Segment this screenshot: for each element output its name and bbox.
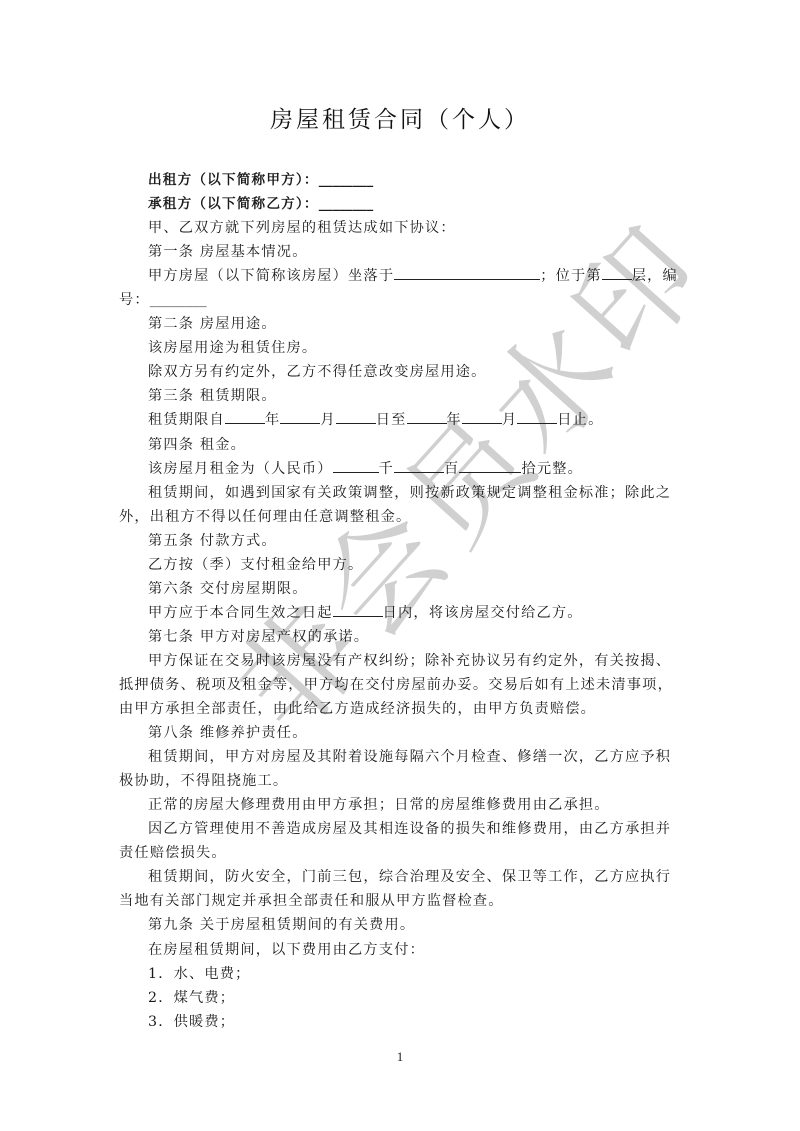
lessee-blank[interactable]: ________ xyxy=(319,192,373,216)
page-number: 1 xyxy=(0,1049,800,1065)
article-7-heading: 第七条 甲方对房屋产权的承诺。 xyxy=(119,625,679,649)
lessor-label: 出租方（以下简称甲方）： xyxy=(148,172,319,188)
article-6-delivery-line: 甲方应于本合同生效之日起日内，将该房屋交付给乙方。 xyxy=(119,601,679,625)
article-4-rent-line: 该房屋月租金为（人民币）千百拾元整。 xyxy=(119,457,679,481)
article-9-item-1: 1．水、电费； xyxy=(119,962,679,986)
article-8-heading: 第八条 维修养护责任。 xyxy=(119,721,679,745)
page-title: 房屋租赁合同（个人） xyxy=(0,101,800,134)
article-7-l2: 抵押债务、税项及租金等，甲方均在交付房屋前办妥。交易后如有上述未清事项， xyxy=(119,673,679,697)
month-label: 月 xyxy=(502,412,517,428)
delivery-days-blank[interactable] xyxy=(333,602,383,617)
end-day-blank[interactable] xyxy=(517,409,557,424)
article-9-item-3: 3．供暖费； xyxy=(119,1010,679,1034)
hundred-label: 百 xyxy=(444,461,459,477)
year-label: 年 xyxy=(447,412,462,428)
article-6-heading: 第六条 交付房屋期限。 xyxy=(119,577,679,601)
end-month-blank[interactable] xyxy=(462,409,502,424)
number-label-end: 号： xyxy=(119,292,150,308)
day-end-label: 日止。 xyxy=(557,412,603,428)
rent-thousand-blank[interactable] xyxy=(333,458,379,473)
document-page: 非会员水印 房屋租赁合同（个人） 出租方（以下简称甲方）：________ 承租… xyxy=(0,0,800,1131)
rent-label: 该房屋月租金为（人民币） xyxy=(148,461,333,477)
article-2-heading: 第二条 房屋用途。 xyxy=(119,312,679,336)
article-2-p2: 除双方另有约定外，乙方不得任意改变房屋用途。 xyxy=(119,360,679,384)
ten-label: 拾元整。 xyxy=(521,461,583,477)
article-8-p4-l1: 租赁期间，防火安全，门前三包，综合治理及安全、保卫等工作，乙方应执行 xyxy=(119,865,679,889)
rent-hundred-blank[interactable] xyxy=(394,458,444,473)
month-label: 月 xyxy=(320,412,335,428)
start-year-blank[interactable] xyxy=(225,409,265,424)
article-9-heading: 第九条 关于房屋租赁期间的有关费用。 xyxy=(119,913,679,937)
article-5-heading: 第五条 付款方式。 xyxy=(119,529,679,553)
day-to-label: 日至 xyxy=(376,412,407,428)
article-4-p2-l1: 租赁期间，如遇到国家有关政策调整，则按新政策规定调整租金标准；除此之 xyxy=(119,481,679,505)
start-month-blank[interactable] xyxy=(280,409,320,424)
article-4-p2-l2: 外，出租方不得以任何理由任意调整租金。 xyxy=(119,505,679,529)
article-8-p1-l1: 租赁期间，甲方对房屋及其附着设施每隔六个月检查、修缮一次，乙方应予积 xyxy=(119,745,679,769)
article-2-p1: 该房屋用途为租赁住房。 xyxy=(119,336,679,360)
article-8-p1-l2: 极协助，不得阻挠施工。 xyxy=(119,769,679,793)
article-8-p3-l2: 责任赔偿损失。 xyxy=(119,841,679,865)
delivery-label-end: 日内，将该房屋交付给乙方。 xyxy=(383,605,583,621)
article-9-p1: 在房屋租赁期间，以下费用由乙方支付： xyxy=(119,938,679,962)
lessor-line: 出租方（以下简称甲方）：________ xyxy=(119,168,679,192)
intro-line: 甲、乙双方就下列房屋的租赁达成如下协议： xyxy=(119,216,679,240)
term-label: 租赁期限自 xyxy=(148,412,225,428)
location-blank[interactable] xyxy=(394,265,540,280)
location-label: 甲方房屋（以下简称该房屋）坐落于 xyxy=(148,268,394,284)
lessor-blank[interactable]: ________ xyxy=(319,168,373,192)
delivery-label: 甲方应于本合同生效之日起 xyxy=(148,605,333,621)
article-4-heading: 第四条 租金。 xyxy=(119,433,679,457)
thousand-label: 千 xyxy=(379,461,394,477)
article-8-p4-l2: 当地有关部门规定并承担全部责任和服从甲方监督检查。 xyxy=(119,889,679,913)
start-day-blank[interactable] xyxy=(336,409,376,424)
article-1-heading: 第一条 房屋基本情况。 xyxy=(119,240,679,264)
article-8-p2: 正常的房屋大修理费用由甲方承担；日常的房屋维修费用由乙承担。 xyxy=(119,793,679,817)
end-year-blank[interactable] xyxy=(407,409,447,424)
article-1-number-line: 号：________ xyxy=(119,288,679,312)
number-label-start: 层，编 xyxy=(632,268,678,284)
article-3-heading: 第三条 租赁期限。 xyxy=(119,384,679,408)
article-8-p3-l1: 因乙方管理使用不善造成房屋及其相连设备的损失和维修费用，由乙方承担并 xyxy=(119,817,679,841)
contract-body: 出租方（以下简称甲方）：________ 承租方（以下简称乙方）：_______… xyxy=(119,168,679,1034)
article-5-p1: 乙方按（季）支付租金给甲方。 xyxy=(119,553,679,577)
floor-blank[interactable] xyxy=(602,265,632,280)
article-7-l3: 由甲方承担全部责任，由此给乙方造成经济损失的，由甲方负责赔偿。 xyxy=(119,697,679,721)
number-blank[interactable]: ________ xyxy=(150,288,207,312)
article-3-term-line: 租赁期限自年月日至年月日止。 xyxy=(119,408,679,432)
year-label: 年 xyxy=(265,412,280,428)
article-1-location-line: 甲方房屋（以下简称该房屋）坐落于；位于第层，编 xyxy=(119,264,679,288)
article-9-item-2: 2．煤气费； xyxy=(119,986,679,1010)
rent-ten-blank[interactable] xyxy=(459,458,521,473)
lessee-line: 承租方（以下简称乙方）：________ xyxy=(119,192,679,216)
lessee-label: 承租方（以下简称乙方）： xyxy=(148,196,319,212)
floor-label: ；位于第 xyxy=(540,268,602,284)
article-7-l1: 甲方保证在交易时该房屋没有产权纠纷；除补充协议另有约定外，有关按揭、 xyxy=(119,649,679,673)
